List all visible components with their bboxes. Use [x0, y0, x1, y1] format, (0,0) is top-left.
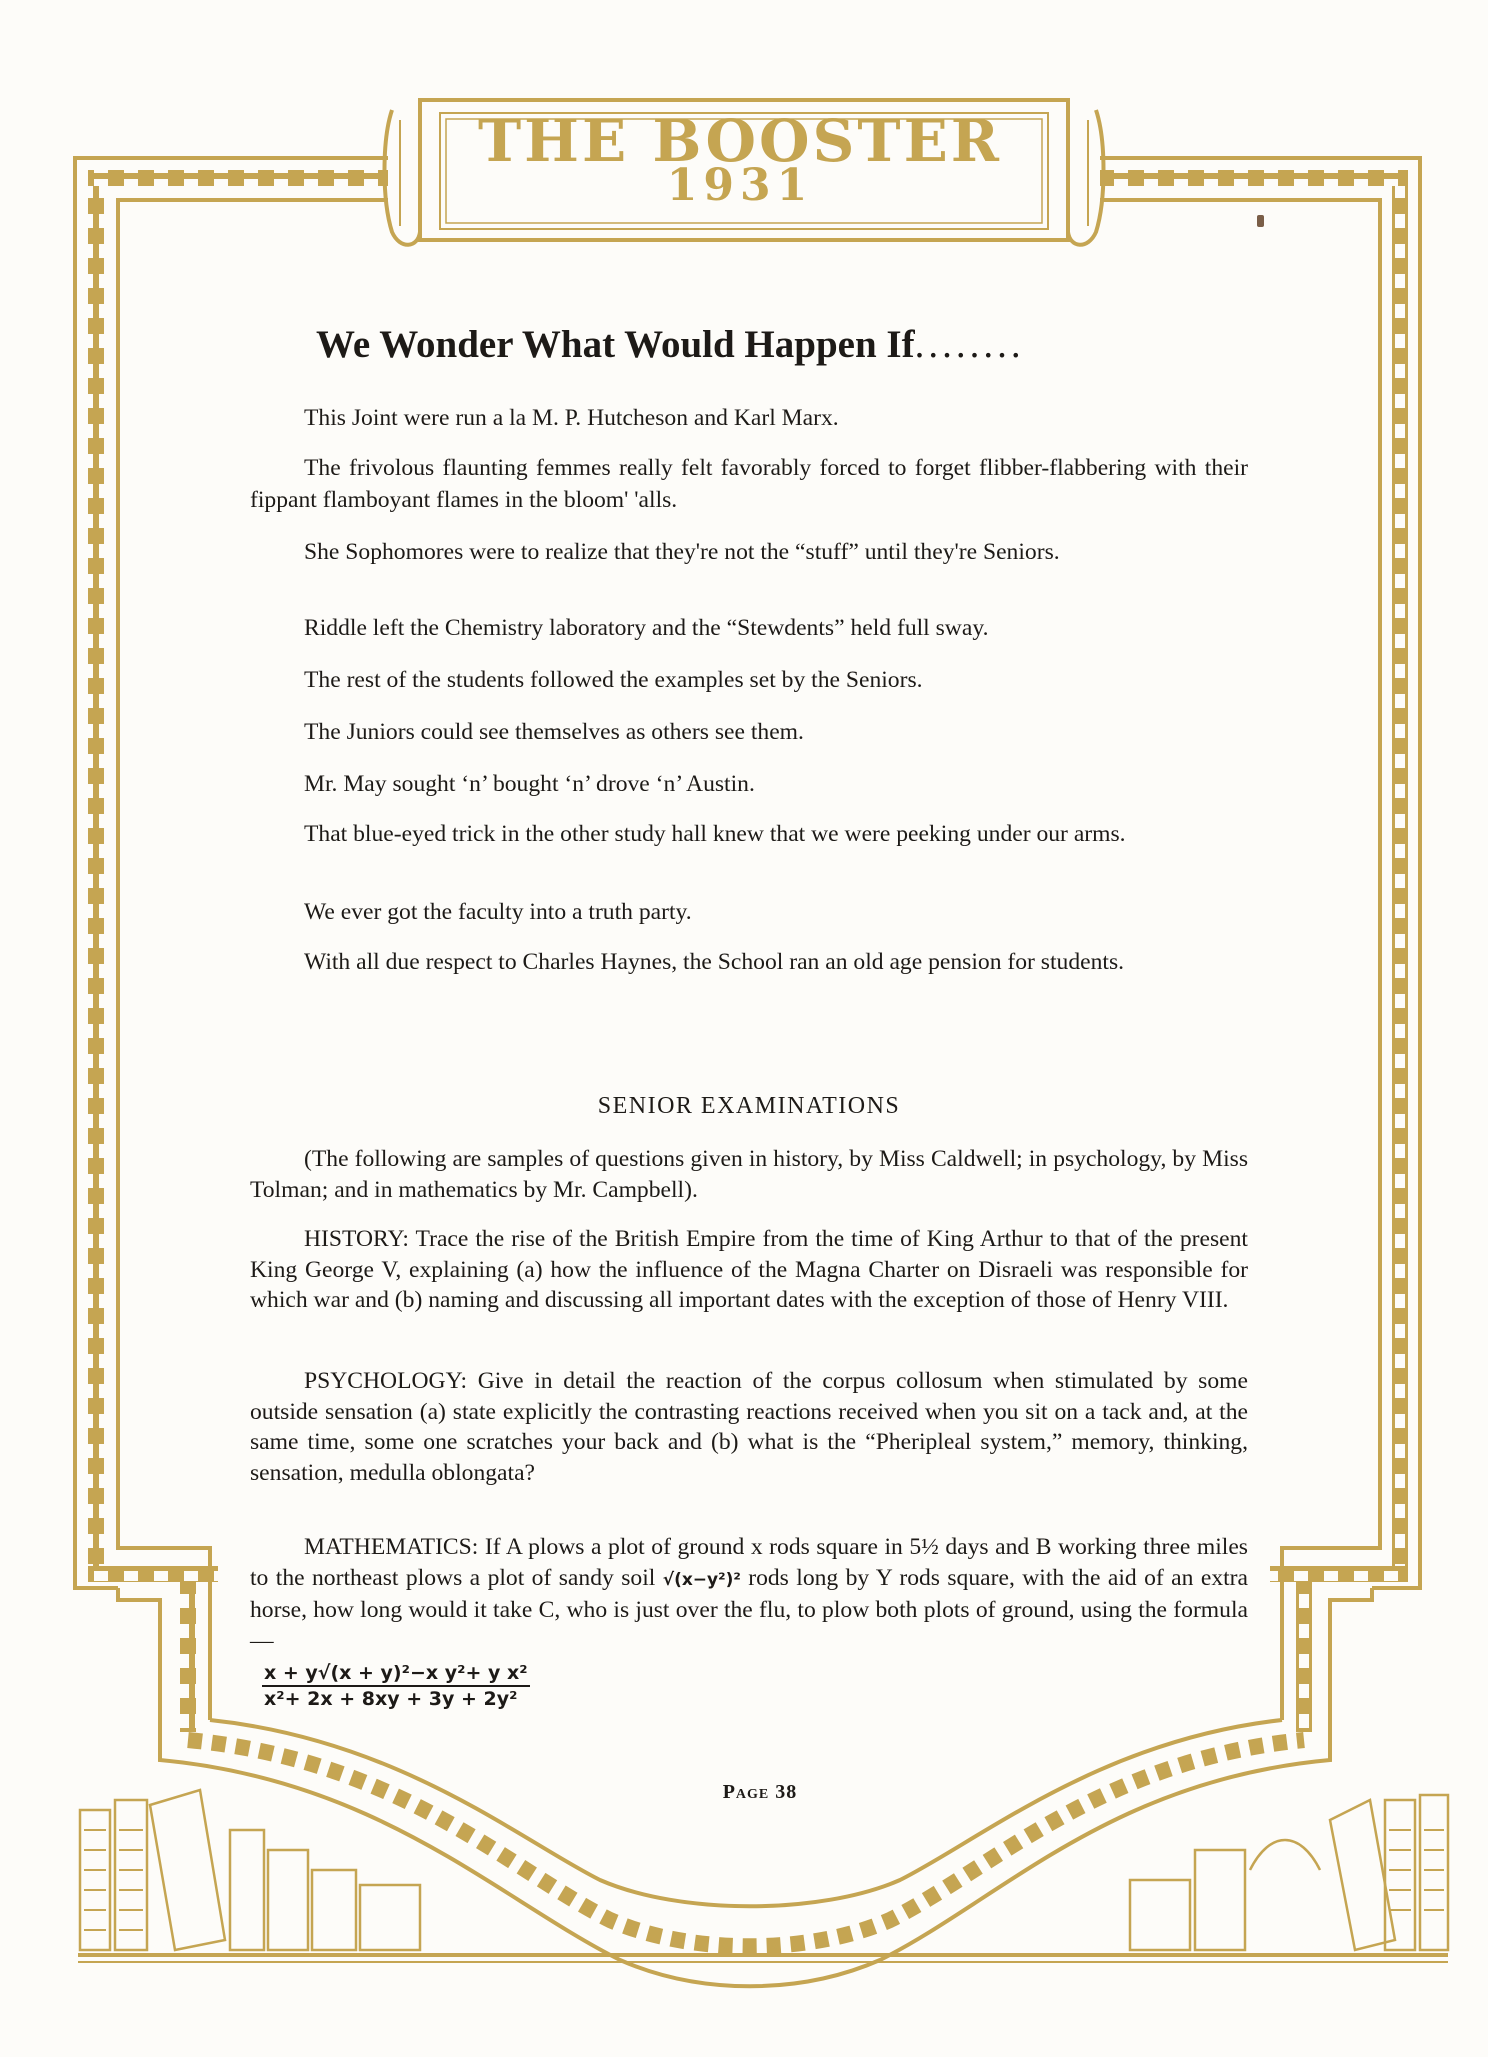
article-item: This Joint were run a la M. P. Hutcheson… [250, 402, 1248, 434]
page-number: Page 38 [660, 1781, 860, 1804]
article-item: We ever got the faculty into a truth par… [250, 896, 1248, 928]
article-item: Riddle left the Chemistry laboratory and… [250, 612, 1248, 644]
exam-history-label: HISTORY: [304, 1226, 409, 1252]
publication-year: 1931 [450, 164, 1030, 208]
article-item: Mr. May sought ‘n’ bought ‘n’ drove ‘n’ … [250, 768, 1248, 800]
exam-mathematics: MATHEMATICS: If A plows a plot of ground… [250, 1532, 1248, 1656]
article-item: She Sophomores were to realize that they… [250, 536, 1248, 568]
exam-intro: (The following are samples of questions … [250, 1144, 1248, 1205]
exam-section-heading: SENIOR EXAMINATIONS [250, 1093, 1248, 1120]
article-title-dots: ........ [915, 323, 1025, 366]
paper-speck [1257, 215, 1264, 227]
article-item: The frivolous flaunting femmes really fe… [250, 452, 1248, 516]
math-formula: x + y√(x + y)²−x y²+ y x² x²+ 2x + 8xy +… [262, 1662, 530, 1710]
decorative-border [0, 0, 1488, 2057]
article-item: That blue-eyed trick in the other study … [250, 818, 1248, 850]
exam-psychology: PSYCHOLOGY: Give in detail the reaction … [250, 1366, 1248, 1488]
article-item: The rest of the students followed the ex… [250, 664, 1248, 696]
article-item: The Juniors could see themselves as othe… [250, 716, 1248, 748]
exam-psychology-label: PSYCHOLOGY: [304, 1368, 467, 1394]
article-item: With all due respect to Charles Haynes, … [250, 946, 1248, 978]
formula-numerator: x + y√(x + y)²−x y²+ y x² [262, 1662, 530, 1687]
formula-denominator: x²+ 2x + 8xy + 3y + 2y² [262, 1687, 530, 1710]
exam-mathematics-label: MATHEMATICS: [304, 1534, 478, 1560]
inline-expression: √(x−y²)² [663, 1570, 741, 1590]
article-title-text: We Wonder What Would Happen If [316, 323, 915, 366]
exam-history: HISTORY: Trace the rise of the British E… [250, 1224, 1248, 1316]
article-title: We Wonder What Would Happen If........ [316, 322, 1216, 367]
